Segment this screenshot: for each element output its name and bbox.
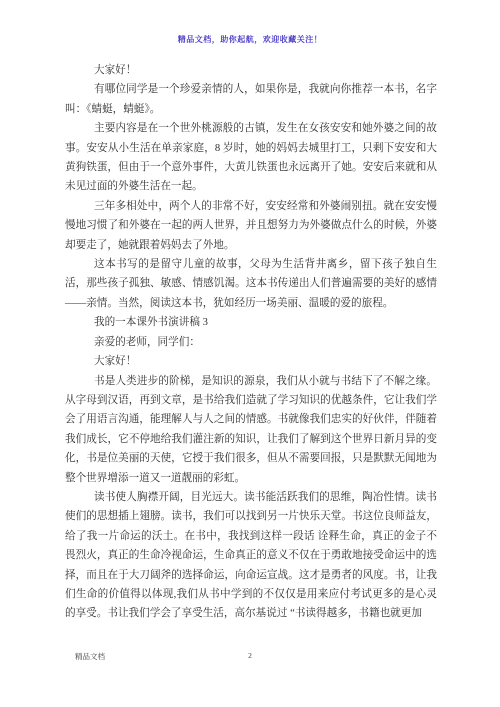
paragraph: 这本书写的是留守儿童的故事，父母为生活背井离乡，留下孩子独自生活，那些孩子孤独、… [65, 255, 437, 313]
section-title: 我的一本课外书演讲稿 3 [65, 313, 437, 332]
salutation: 亲爱的老师，同学们： [65, 333, 437, 352]
header-banner: 精品文档，助你起航，欢迎收藏关注！ [0, 34, 500, 45]
paragraph: 读书使人胸襟开阔，目光远大。读书能活跃我们的思维，陶冶性情。读书使们的思想插上翅… [65, 488, 437, 624]
paragraph: 有哪位同学是一个珍爱亲情的人，如果你是，我就向你推荐一本书，名字叫：《蜻蜓，蜻蜓… [65, 80, 437, 119]
page-footer: 精品文档 2 [0, 651, 500, 665]
page-number: 2 [0, 651, 500, 660]
paragraph: 主要内容是在一个世外桃源般的古镇，发生在女孩安安和她外婆之间的故事。安安从小生活… [65, 119, 437, 197]
paragraph: 大家好！ [65, 352, 437, 371]
document-body: 大家好！ 有哪位同学是一个珍爱亲情的人，如果你是，我就向你推荐一本书，名字叫：《… [65, 61, 437, 624]
paragraph: 三年多相处中，两个人的非常不好，安安经常和外婆闹别扭。就在安安慢慢地习惯了和外婆… [65, 197, 437, 255]
paragraph: 大家好！ [65, 61, 437, 80]
paragraph: 书是人类进步的阶梯，是知识的源泉，我们从小就与书结下了不解之缘。从字母到汉语，再… [65, 372, 437, 488]
document-page: 精品文档，助你起航，欢迎收藏关注！ 大家好！ 有哪位同学是一个珍爱亲情的人，如果… [0, 0, 500, 707]
